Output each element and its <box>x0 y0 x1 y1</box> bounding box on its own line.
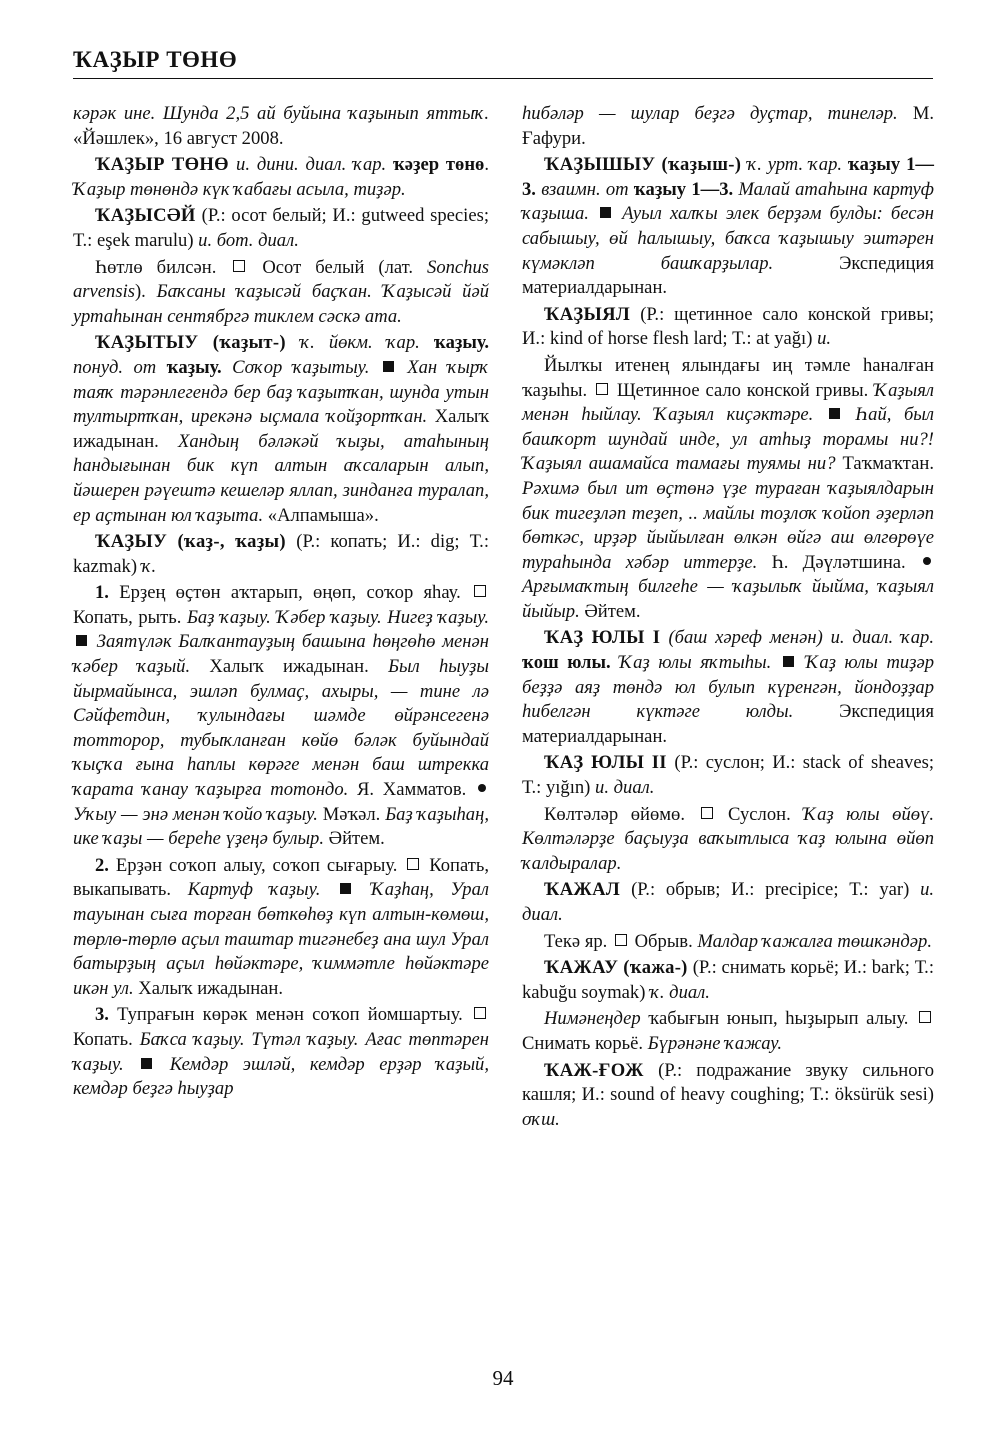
text: «Алпамыша». <box>268 505 379 526</box>
dictionary-entry: ҠАЖАУ (ҡажа-) (Р.: снимать корьё; И.: ba… <box>522 956 934 1005</box>
text: ҡабығын юнып, һыҙырып алыу. <box>648 1008 916 1029</box>
dictionary-page: ҠАҘЫР ТӨНӨ кәрәк ине. Шунда 2,5 ай буйын… <box>73 44 933 79</box>
page-number: 94 <box>73 1366 933 1391</box>
text: Осот белый (лат. <box>248 257 427 278</box>
text: Мәҡәл. <box>323 804 385 825</box>
entry-sense: 2. Ерҙән соҡоп алыу, соҡоп сығарыу. Копа… <box>73 854 489 1002</box>
italic-text: Уҡыу — энә менән ҡойо ҡаҙыу. <box>73 804 323 825</box>
italic-text: Соҡор ҡаҙытыу. <box>232 357 380 378</box>
text: Көлтәләр өйөмө. <box>544 804 698 825</box>
text: Обрыв. <box>630 931 697 952</box>
italic-text: ҡ. диал. <box>650 982 710 1003</box>
open-square-icon <box>615 934 627 946</box>
headword: ҠАҘЫТЫУ (ҡаҙыт-) <box>95 332 300 353</box>
italic-text: Бүрәнәне ҡажау. <box>648 1033 782 1054</box>
bold-ref: ҡаҙыу 1—3. <box>634 179 739 200</box>
continued-text: һибәләр — шулар беҙгә дуҫтар, тинеләр. М… <box>522 102 934 151</box>
italic-text: кәрәк ине. Шунда 2,5 ай буйына ҡаҙынып я… <box>73 103 489 124</box>
headword: ҠАҘ ЮЛЫ I <box>544 627 668 648</box>
open-square-icon <box>407 858 419 870</box>
text: Ерҙән соҡоп алыу, соҡоп сығарыу. <box>116 855 404 876</box>
entry-sense: Һөтлө билсән. Осот белый (лат. Sonchus a… <box>73 256 489 330</box>
italic-text: ҡ. <box>142 556 156 577</box>
italic-text: оҡш. <box>522 1109 560 1130</box>
italic-text: и. диал. <box>595 777 654 798</box>
text: Халыҡ ижадынан. <box>138 978 283 999</box>
headword: ҠАҘЫШЫУ (ҡаҙыш-) <box>544 154 747 175</box>
italic-text: и. <box>817 328 831 349</box>
dictionary-entry: ҠАҘЫШЫУ (ҡаҙыш-) ҡ. урт. ҡар. ҡаҙыу 1—3.… <box>522 153 934 301</box>
italic-text: понуд. от <box>73 357 167 378</box>
headword: ҠАҘЫСӘЙ <box>95 205 202 226</box>
left-column: кәрәк ине. Шунда 2,5 ай буйына ҡаҙынып я… <box>73 102 489 1104</box>
text: Суслон. <box>716 804 804 825</box>
entry-sense: Көлтәләр өйөмө. Суслон. Ҡаҙ юлы өйөү. Кө… <box>522 803 934 877</box>
text: . <box>484 154 489 175</box>
filled-square-icon <box>783 656 794 667</box>
headword: ҠАЖАЛ <box>544 879 631 900</box>
headword: ҠАҘ ЮЛЫ II <box>544 752 674 773</box>
italic-text: (баш хәреф менән) и. диал. ҡар. <box>668 627 934 648</box>
filled-square-icon <box>340 883 351 894</box>
italic-text: и. дини. диал. ҡар. <box>236 154 393 175</box>
headword: ҠАҘЫР ТӨНӨ <box>95 154 236 175</box>
open-square-icon <box>474 585 486 597</box>
open-square-icon <box>701 807 713 819</box>
text: Снимать корьё. <box>522 1033 648 1054</box>
italic-text: ҡ. урт. ҡар. <box>747 154 848 175</box>
text: Я. Хамматов. <box>357 779 475 800</box>
bold-ref: 1. <box>95 582 119 603</box>
filled-square-icon <box>76 635 87 646</box>
dictionary-entry: ҠАЖ-ҒОЖ (Р.: подражание звуку сильного к… <box>522 1059 934 1133</box>
italic-text: Нимәнеңдер <box>544 1008 648 1029</box>
text: Һ. Дәүләтшина. <box>772 552 920 573</box>
dictionary-entry: ҠАҘ ЮЛЫ II (Р.: суслон; И.: stack of she… <box>522 751 934 800</box>
filled-square-icon <box>383 361 394 372</box>
bold-ref: ҡаҙыу. <box>167 357 233 378</box>
entry-sense: 1. Ерҙең өҫтөн аҡтарып, өңөп, соҡор яһау… <box>73 581 489 852</box>
header-rule <box>73 78 933 79</box>
bold-ref: ҡәҙер төнө <box>393 154 484 175</box>
dictionary-entry: ҠАҘЫЯЛ (Р.: щетинное сало конской гривы;… <box>522 303 934 352</box>
italic-text: и. бот. диал. <box>198 230 299 251</box>
text: (Р.: обрыв; И.: precipice; Т.: yar) <box>631 879 920 900</box>
right-column: һибәләр — шулар беҙгә дуҫтар, тинеләр. М… <box>522 102 934 1134</box>
headword: ҠАҘЫЯЛ <box>544 304 640 325</box>
text: Копать. <box>73 1029 140 1050</box>
dictionary-entry: ҠАҘЫУ (ҡаҙ-, ҡаҙы) (Р.: копать; И.: dig;… <box>73 530 489 579</box>
open-square-icon <box>474 1007 486 1019</box>
text: Ерҙең өҫтөн аҡтарып, өңөп, соҡор яһау. <box>119 582 471 603</box>
entry-sense: Йылҡы итенең ялындағы иң тәмле һаналған … <box>522 354 934 625</box>
open-square-icon <box>596 383 608 395</box>
open-square-icon <box>233 260 245 272</box>
filled-square-icon <box>600 207 611 218</box>
text: Һөтлө билсән. <box>95 257 230 278</box>
bullet-icon <box>478 784 486 792</box>
italic-text: Ҡаҙыр төнөндә күк ҡабағы асыла, тиҙәр. <box>73 179 406 200</box>
text: ). <box>135 281 157 302</box>
bold-ref: ҡаҙыу. <box>434 332 489 353</box>
bold-ref: 3. <box>95 1004 117 1025</box>
text: Текә яр. <box>544 931 612 952</box>
italic-text: взаимн. от <box>541 179 634 200</box>
text: Әйтем. <box>584 601 640 622</box>
text: Әйтем. <box>329 828 385 849</box>
headword: ҠАЖАУ (ҡажа-) <box>544 957 693 978</box>
dictionary-entry: ҠАҘЫСӘЙ (Р.: осот белый; И.: gutweed spe… <box>73 204 489 253</box>
headword: ҠАҘЫУ (ҡаҙ-, ҡаҙы) <box>95 531 296 552</box>
italic-text: Малдар ҡажалға төшкәндәр. <box>697 931 932 952</box>
dictionary-entry: ҠАҘЫТЫУ (ҡаҙыт-) ҡ. йөкм. ҡар. ҡаҙыу. по… <box>73 331 489 528</box>
dictionary-entry: ҠАЖАЛ (Р.: обрыв; И.: precipice; Т.: yar… <box>522 878 934 927</box>
italic-text: ҡ. йөкм. ҡар. <box>300 332 434 353</box>
italic-text: Баҙ ҡаҙыу. Ҡәбер ҡаҙыу. Нигеҙ ҡаҙыу. <box>187 607 489 628</box>
text: Халыҡ ижадынан. <box>209 656 388 677</box>
headword: ҠАЖ-ҒОЖ <box>544 1060 658 1081</box>
entry-sense: Нимәнеңдер ҡабығын юнып, һыҙырып алыу. С… <box>522 1007 934 1056</box>
continued-text: кәрәк ине. Шунда 2,5 ай буйына ҡаҙынып я… <box>73 102 489 151</box>
filled-square-icon <box>141 1058 152 1069</box>
open-square-icon <box>919 1011 931 1023</box>
text: Копать, рыть. <box>73 607 187 628</box>
text: Щетинное сало конской гривы. <box>611 380 874 401</box>
entry-sense: 3. Тупрағын көрәк менән соҡоп йомшартыу.… <box>73 1003 489 1101</box>
italic-text: һибәләр — шулар беҙгә дуҫтар, тинеләр. <box>522 103 913 124</box>
italic-text: Ҡаҙ юлы яҡтыһы. <box>619 652 780 673</box>
text: «Йәшлек», 16 август 2008. <box>73 128 284 149</box>
dictionary-entry: ҠАҘ ЮЛЫ I (баш хәреф менән) и. диал. ҡар… <box>522 626 934 749</box>
filled-square-icon <box>829 408 840 419</box>
entry-sense: Текә яр. Обрыв. Малдар ҡажалға төшкәндәр… <box>522 930 934 955</box>
bold-ref: ҡош юлы. <box>522 652 619 673</box>
bullet-icon <box>923 557 931 565</box>
dictionary-entry: ҠАҘЫР ТӨНӨ и. дини. диал. ҡар. ҡәҙер төн… <box>73 153 489 202</box>
text: Таҡмаҡтан. <box>842 453 934 474</box>
bold-ref: 2. <box>95 855 116 876</box>
running-head: ҠАҘЫР ТӨНӨ <box>73 44 933 76</box>
italic-text: Картуф ҡаҙыу. <box>188 879 337 900</box>
text: Тупрағын көрәк менән соҡоп йомшартыу. <box>117 1004 471 1025</box>
